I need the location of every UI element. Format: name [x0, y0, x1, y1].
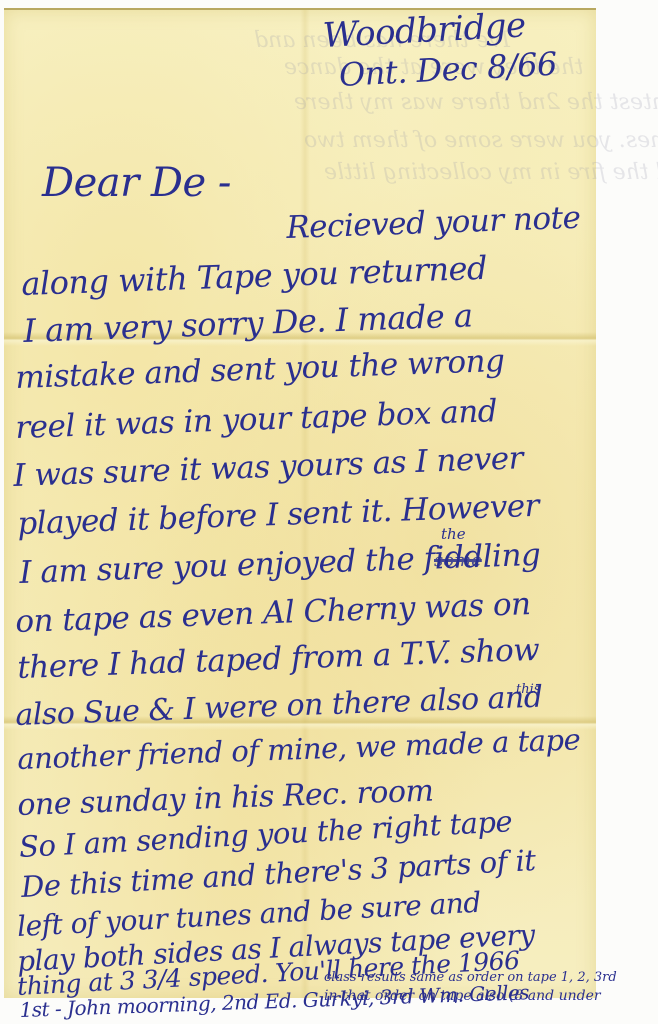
letter-line: there I had taped from a T.V. show	[17, 632, 540, 686]
letter-line: mistake and sent you the wrong	[15, 343, 505, 396]
show-through-text: times. you were some of them two	[304, 128, 658, 153]
inserted-word: the	[441, 525, 466, 543]
inserted-word: this	[516, 682, 540, 697]
letter-salutation: Dear De -	[42, 160, 231, 206]
letter-line: Recieved your note	[286, 200, 581, 246]
letter-line: on tape as even Al Cherny was on	[15, 586, 531, 640]
show-through-text: all the fire in my collecting little	[324, 160, 658, 185]
letter-line: another friend of mine, we made a tape	[17, 722, 581, 776]
letter-footer-line: class results same as order on tape 1, 2…	[324, 970, 617, 985]
letter-line: I was sure it was yours as I never	[13, 440, 524, 494]
letter-footer-line: in that order on tape also (8 and under	[324, 988, 601, 1004]
letter-line: along with Tape you returned	[21, 249, 488, 303]
show-through-text: contest the 2nd there was my there	[294, 90, 658, 115]
scanned-letter-page: Ive there has been and the they were at …	[0, 0, 658, 1024]
struck-out-word: some	[434, 550, 482, 571]
letter-line: reel it was in your tape box and	[15, 393, 498, 446]
letter-paper: Ive there has been and the they were at …	[4, 8, 596, 998]
